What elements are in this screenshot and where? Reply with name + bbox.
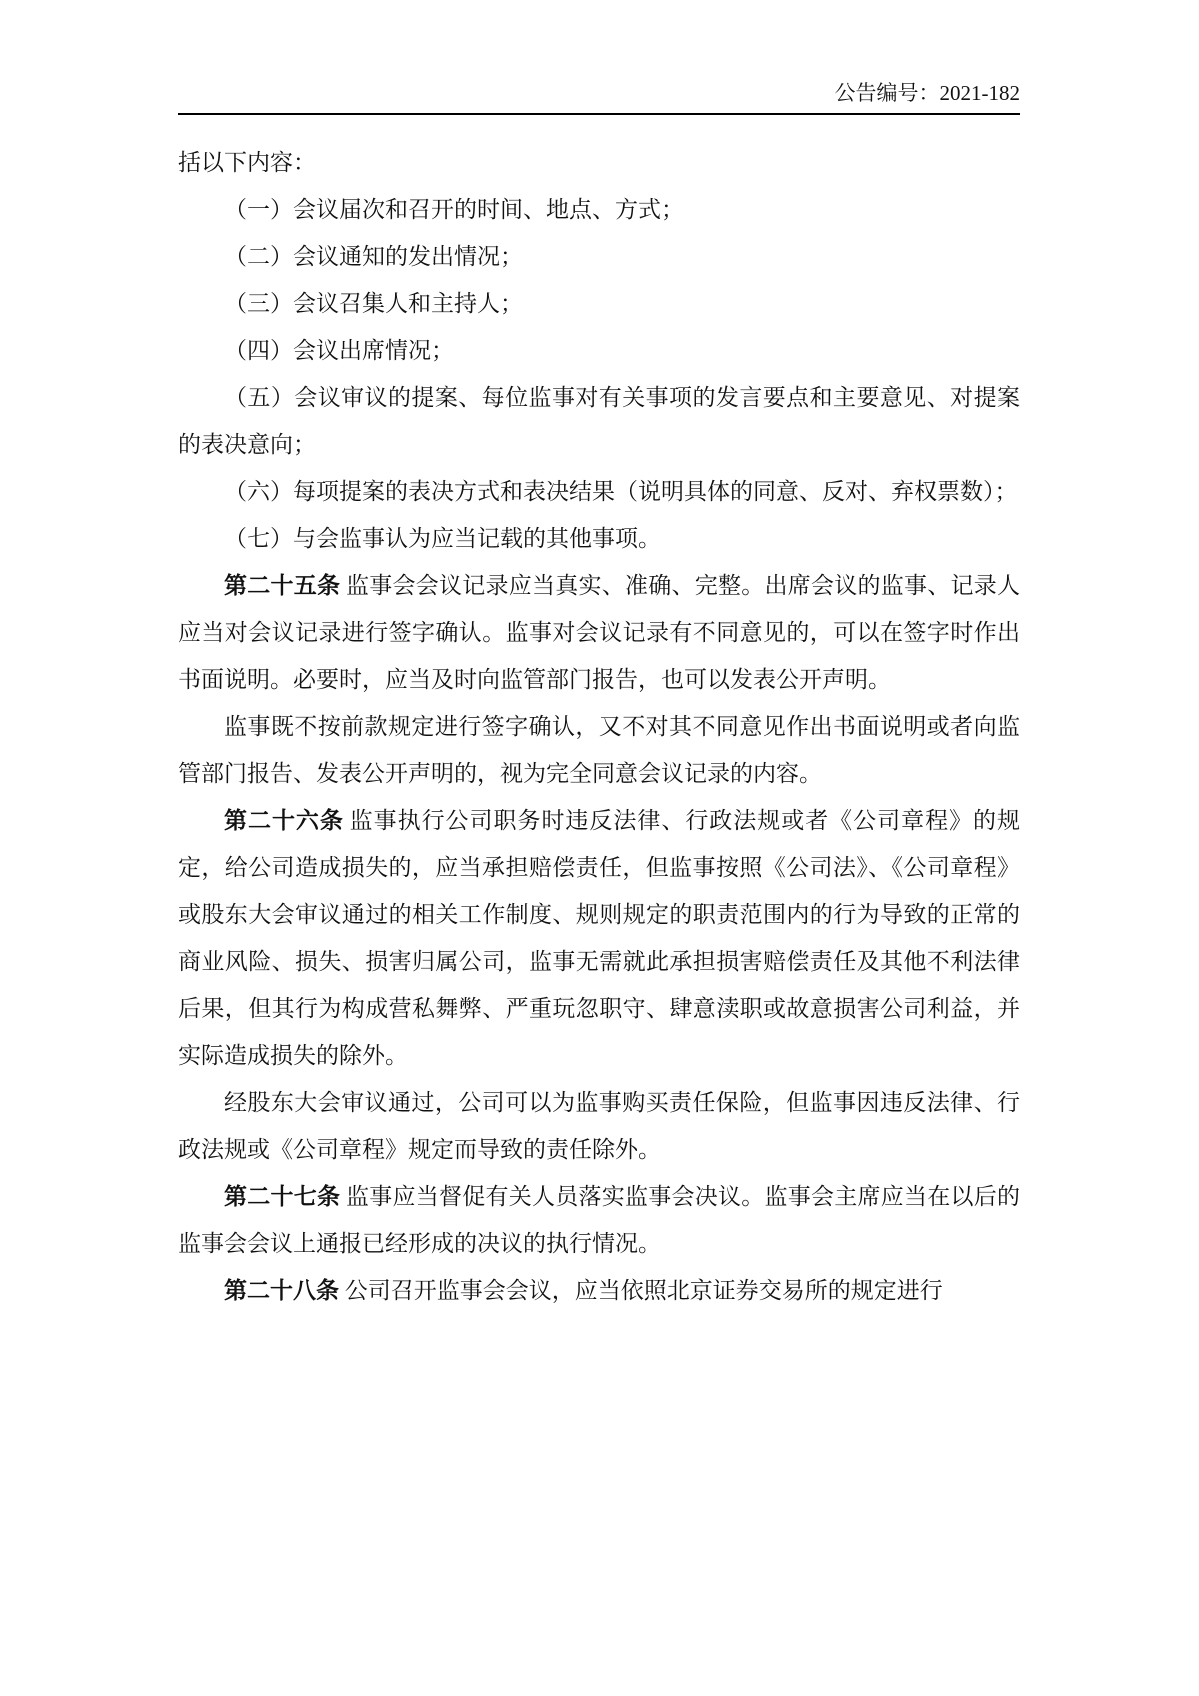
paragraph-text: 括以下内容： xyxy=(178,150,316,175)
document-body: 括以下内容： （一）会议届次和召开的时间、地点、方式； （二）会议通知的发出情况… xyxy=(178,139,1020,1314)
article-number: 第二十五条 xyxy=(224,573,340,598)
paragraph-text: （三）会议召集人和主持人； xyxy=(224,291,523,316)
paragraph: （一）会议届次和召开的时间、地点、方式； xyxy=(178,186,1020,233)
paragraph-text: 公司召开监事会会议，应当依照北京证券交易所的规定进行 xyxy=(345,1278,943,1303)
paragraph: （七）与会监事认为应当记载的其他事项。 xyxy=(178,515,1020,562)
paragraph-text: 监事既不按前款规定进行签字确认，又不对其不同意见作出书面说明或者向监管部门报告、… xyxy=(178,714,1020,786)
paragraph-text: 监事执行公司职务时违反法律、行政法规或者《公司章程》的规定，给公司造成损失的，应… xyxy=(178,808,1020,1068)
article-number: 第二十七条 xyxy=(224,1184,340,1209)
document-page: 公告编号：2021-182 括以下内容： （一）会议届次和召开的时间、地点、方式… xyxy=(0,0,1199,1696)
article-number: 第二十八条 xyxy=(224,1278,339,1303)
paragraph: 第二十七条监事应当督促有关人员落实监事会决议。监事会主席应当在以后的监事会会议上… xyxy=(178,1173,1020,1267)
paragraph: （四）会议出席情况； xyxy=(178,327,1020,374)
page-header: 公告编号：2021-182 xyxy=(178,80,1020,115)
paragraph: （三）会议召集人和主持人； xyxy=(178,280,1020,327)
article-number: 第二十六条 xyxy=(224,808,344,833)
paragraph-text: 经股东大会审议通过，公司可以为监事购买责任保险，但监事因违反法律、行政法规或《公… xyxy=(178,1090,1020,1162)
paragraph: 第二十八条公司召开监事会会议，应当依照北京证券交易所的规定进行 xyxy=(178,1267,1020,1314)
paragraph: 第二十六条监事执行公司职务时违反法律、行政法规或者《公司章程》的规定，给公司造成… xyxy=(178,797,1020,1079)
paragraph-text: （七）与会监事认为应当记载的其他事项。 xyxy=(224,526,661,551)
paragraph-text: （四）会议出席情况； xyxy=(224,338,454,363)
paragraph: 第二十五条监事会会议记录应当真实、准确、完整。出席会议的监事、记录人应当对会议记… xyxy=(178,562,1020,703)
announcement-number: 公告编号：2021-182 xyxy=(835,81,1021,105)
paragraph-text: （二）会议通知的发出情况； xyxy=(224,244,523,269)
paragraph: （六）每项提案的表决方式和表决结果（说明具体的同意、反对、弃权票数）； xyxy=(178,468,1020,515)
paragraph: 监事既不按前款规定进行签字确认，又不对其不同意见作出书面说明或者向监管部门报告、… xyxy=(178,703,1020,797)
paragraph-text: （六）每项提案的表决方式和表决结果（说明具体的同意、反对、弃权票数）； xyxy=(224,479,1018,504)
paragraph: （五）会议审议的提案、每位监事对有关事项的发言要点和主要意见、对提案的表决意向； xyxy=(178,374,1020,468)
paragraph: 经股东大会审议通过，公司可以为监事购买责任保险，但监事因违反法律、行政法规或《公… xyxy=(178,1079,1020,1173)
paragraph: 括以下内容： xyxy=(178,139,1020,186)
paragraph-text: （五）会议审议的提案、每位监事对有关事项的发言要点和主要意见、对提案的表决意向； xyxy=(178,385,1020,457)
paragraph: （二）会议通知的发出情况； xyxy=(178,233,1020,280)
paragraph-text: （一）会议届次和召开的时间、地点、方式； xyxy=(224,197,684,222)
